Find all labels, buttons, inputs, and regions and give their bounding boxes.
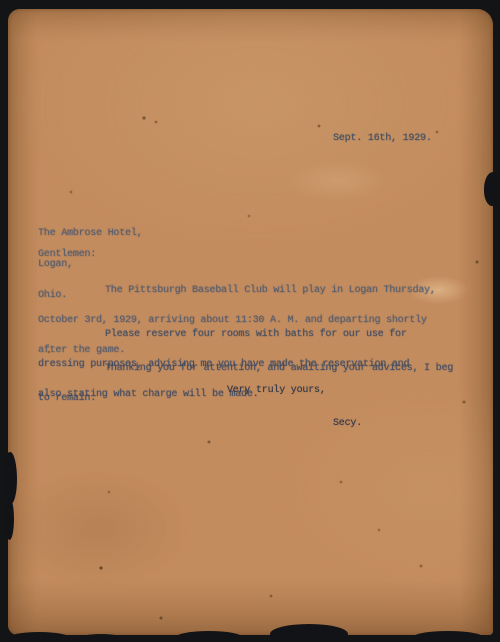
torn-edge-blob [75,634,127,642]
body-line: The Pittsburgh Baseball Club will play i… [38,286,436,296]
scanned-letter-page: Sept. 16th, 1929. The Ambrose Hotel, Log… [0,0,500,642]
date-line: Sept. 16th, 1929. [333,134,432,144]
paper-specks [8,9,10,11]
body-line: Please reserve four rooms with baths for… [38,330,409,340]
signature-line: Secy. [333,419,362,429]
closing-line: Very truly yours, [227,386,326,396]
paragraph-thanks: Thanking you for attention, and awaiting… [38,344,453,424]
recipient-line-hotel: The Ambrose Hotel, [38,229,142,240]
salutation: Gentlemen: [38,250,96,260]
body-line: Thanking you for attention, and awaiting… [38,364,453,374]
